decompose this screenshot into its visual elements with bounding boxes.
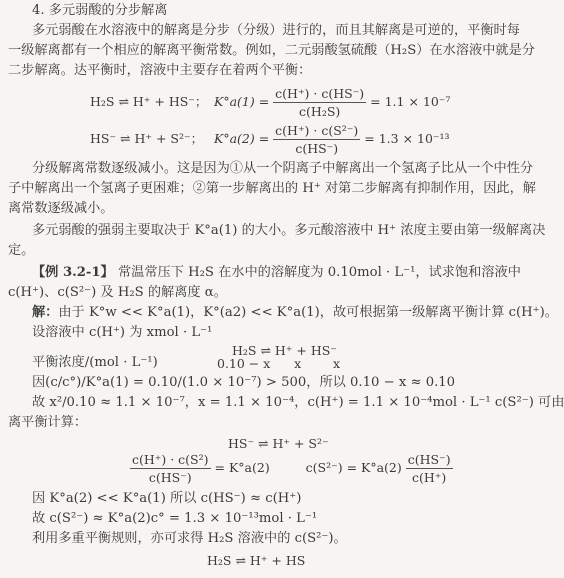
eq5-numerator: c(H⁺) · c(S²)	[130, 452, 211, 469]
eq2-numerator: c(H⁺) · c(S²⁻)	[273, 123, 360, 140]
paragraph-line: 多元弱酸的强弱主要取决于 K°a(1) 的大小。多元酸溶液中 H⁺ 浓度主要由第…	[32, 222, 545, 240]
eq6-fraction: c(HS⁻) c(H⁺)	[406, 452, 453, 485]
example-question-text: 常温常压下 H₂S 在水中的溶解度为 0.10mol · L⁻¹，试求饱和溶液中	[118, 265, 521, 280]
eq1-numerator: c(H⁺) · c(HS⁻)	[273, 86, 366, 103]
solution-line: 利用多重平衡规则，亦可求得 H₂S 溶液中的 c(S²⁻)。	[32, 530, 347, 548]
solution-line: 设溶液中 c(H⁺) 为 xmol · L⁻¹	[32, 324, 212, 342]
solution-line: 故 c(S²⁻) ≈ K°a(2)c° = 1.3 × 10⁻¹³mol · L…	[32, 510, 317, 528]
example-label: 【例 3.2-1】	[32, 265, 114, 280]
eq1-k: K°a(1) =	[214, 94, 269, 109]
eq6-denominator: c(H⁺)	[406, 469, 453, 485]
paragraph-line: 定。	[8, 242, 34, 260]
equation-7: H₂S ⇌ H⁺ + HS	[207, 553, 305, 568]
paragraph-line: 子中解离出一个氢离子更困难；②第一步解离出的 H⁺ 对第二步解离有抑制作用，因此…	[8, 180, 536, 198]
section-heading: 4. 多元弱酸的分步解离	[32, 2, 167, 20]
paragraph-line: 分级解离常数逐级减小。这是因为①从一个阴离子中解离出一个氢离子比从一个中性分	[32, 160, 533, 178]
eq2-fraction: c(H⁺) · c(S²⁻) c(HS⁻)	[273, 123, 360, 156]
eq1-fraction: c(H⁺) · c(HS⁻) c(H₂S)	[273, 86, 366, 119]
paragraph-line: 二步解离。达平衡时，溶液中主要存在着两个平衡：	[8, 62, 311, 80]
eq1-value: = 1.1 × 10⁻⁷	[370, 94, 450, 109]
eq2-value: = 1.3 × 10⁻¹³	[364, 131, 449, 146]
paragraph-line: 一级解离都有一个相应的解离平衡常数。例如，二元弱酸氢硫酸（H₂S）在水溶液中就是…	[8, 42, 535, 60]
solution-line: 因 K°a(2) << K°a(1) 所以 c(HS⁻) ≈ c(H⁺)	[32, 490, 301, 508]
eq5-rhs: = K°a(2)	[215, 460, 270, 475]
eq5-denominator: c(HS⁻)	[130, 469, 211, 485]
paragraph-line: c(H⁺)、c(S²⁻) 及 H₂S 的解离度 α。	[8, 284, 227, 302]
solution-line: 离平衡计算：	[8, 414, 87, 432]
eq2-reaction: HS⁻ ⇌ H⁺ + S²⁻；	[90, 129, 210, 147]
equation-2: HS⁻ ⇌ H⁺ + S²⁻； K°a(2) = c(H⁺) · c(S²⁻) …	[90, 123, 450, 156]
equation-4: HS⁻ ⇌ H⁺ + S²⁻	[228, 436, 329, 451]
solution-line: 解：由于 K°w << K°a(1)，K°(a2) << K°a(1)，故可根据…	[32, 304, 558, 322]
equilibrium-values: 0.10 − x x x	[217, 356, 340, 371]
solution-line: 故 x²/0.10 ≈ 1.1 × 10⁻⁷，x = 1.1 × 10⁻⁴，c(…	[32, 394, 564, 412]
equilibrium-label: 平衡浓度/(mol · L⁻¹)	[32, 354, 158, 372]
eq6-numerator: c(HS⁻)	[406, 452, 453, 469]
eq2-denominator: c(HS⁻)	[273, 140, 360, 156]
solution-label: 解：	[32, 305, 58, 320]
eq2-k: K°a(2) =	[214, 131, 269, 146]
paragraph-line: 多元弱酸在水溶液中的解离是分步（分级）进行的，而且其解离是可逆的，平衡时每	[32, 22, 520, 40]
example-question: 【例 3.2-1】 常温常压下 H₂S 在水中的溶解度为 0.10mol · L…	[32, 264, 521, 282]
paragraph-line: 离常数逐级减小。	[8, 200, 114, 218]
eq6-lhs: c(S²⁻) = K°a(2)	[306, 460, 402, 475]
equation-5: c(H⁺) · c(S²) c(HS⁻) = K°a(2) c(S²⁻) = K…	[130, 452, 453, 485]
equation-1: H₂S ⇌ H⁺ + HS⁻； K°a(1) = c(H⁺) · c(HS⁻) …	[90, 86, 450, 119]
eq1-denominator: c(H₂S)	[273, 103, 366, 119]
solution-text: 由于 K°w << K°a(1)，K°(a2) << K°a(1)，故可根据第一…	[58, 305, 558, 320]
solution-line: 因(c/c°)/K°a(1) = 0.10/(1.0 × 10⁻⁷) > 500…	[32, 374, 455, 392]
eq5-fraction: c(H⁺) · c(S²) c(HS⁻)	[130, 452, 211, 485]
eq1-reaction: H₂S ⇌ H⁺ + HS⁻；	[90, 92, 210, 110]
